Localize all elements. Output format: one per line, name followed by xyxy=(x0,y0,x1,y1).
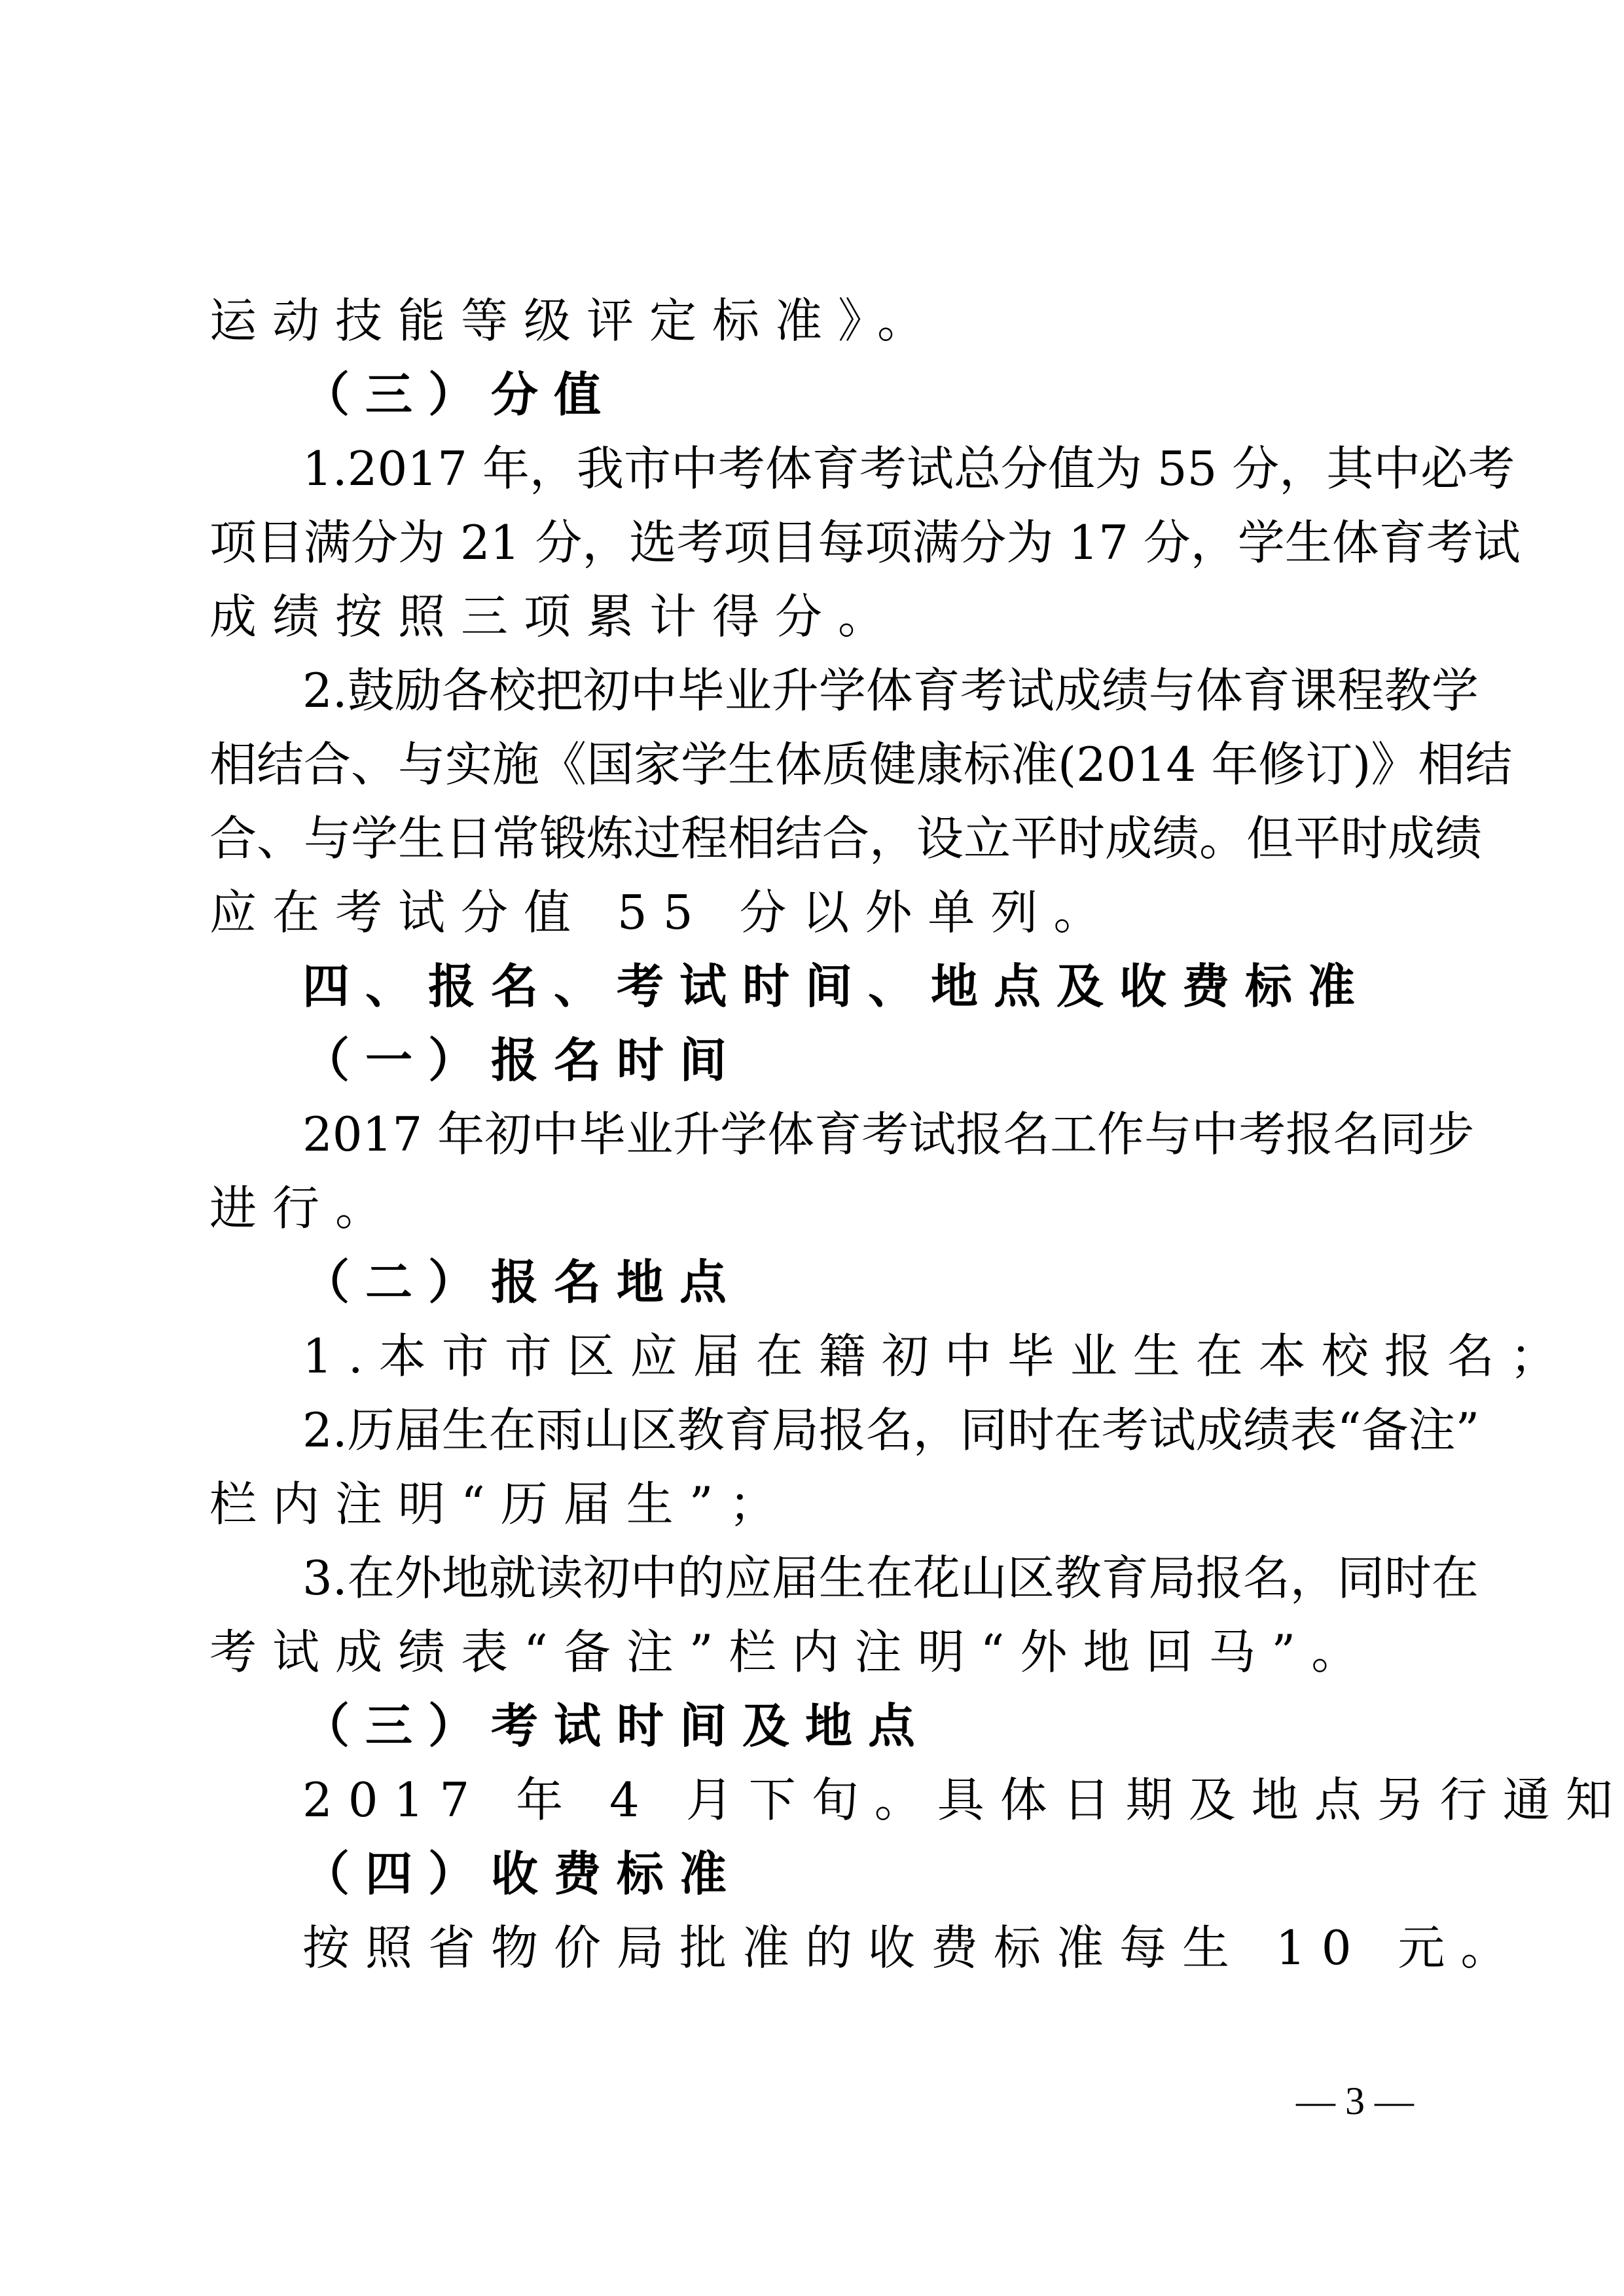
section-subheading-registration-time: （一）报名时间 xyxy=(302,1028,1297,1093)
body-line: 考试成绩表“备注”栏内注明“外地回马”。 xyxy=(209,1619,1296,1685)
section-subheading-exam-time-location: （三）考试时间及地点 xyxy=(302,1693,1297,1759)
section-subheading-registration-location: （二）报名地点 xyxy=(302,1249,1297,1315)
body-line: 2.历届生在雨山区教育局报名，同时在考试成绩表“备注” xyxy=(302,1397,1297,1463)
body-line: 项目满分为 21 分，选考项目每项满分为 17 分，学生体育考试 xyxy=(209,510,1296,575)
document-page: 运动技能等级评定标准》。 （三）分值 1.2017 年，我市中考体育考试总分值为… xyxy=(0,0,1624,2296)
body-line: 栏内注明“历届生”； xyxy=(209,1471,1296,1537)
body-line: 进行。 xyxy=(209,1175,1296,1241)
body-line: 按照省物价局批准的收费标准每生 10 元。 xyxy=(302,1915,1297,1981)
body-line: 2017 年初中毕业升学体育考试报名工作与中考报名同步 xyxy=(302,1102,1297,1167)
body-line: 应在考试分值 55 分以外单列。 xyxy=(209,880,1296,945)
body-line: 1.本市市区应届在籍初中毕业生在本校报名； xyxy=(302,1323,1297,1389)
body-line: 3.在外地就读初中的应届生在花山区教育局报名，同时在 xyxy=(302,1545,1297,1611)
section-subheading-fee-standard: （四）收费标准 xyxy=(302,1841,1297,1907)
page-number: — 3 — xyxy=(1283,2075,1427,2127)
body-line: 相结合、与实施《国家学生体质健康标准(2014 年修订)》相结 xyxy=(209,732,1296,797)
section-heading-registration: 四、报名、考试时间、地点及收费标准 xyxy=(302,954,1297,1019)
body-line: 2017 年 4 月下旬。具体日期及地点另行通知。 xyxy=(302,1767,1297,1833)
body-line: 2.鼓励各校把初中毕业升学体育考试成绩与体育课程教学 xyxy=(302,658,1297,723)
section-subheading-score: （三）分值 xyxy=(302,362,1297,427)
body-line: 合、与学生日常锻炼过程相结合，设立平时成绩。但平时成绩 xyxy=(209,806,1296,871)
body-line: 运动技能等级评定标准》。 xyxy=(209,288,1296,353)
body-line: 1.2017 年，我市中考体育考试总分值为 55 分，其中必考 xyxy=(302,436,1297,501)
body-line: 成绩按照三项累计得分。 xyxy=(209,584,1296,649)
